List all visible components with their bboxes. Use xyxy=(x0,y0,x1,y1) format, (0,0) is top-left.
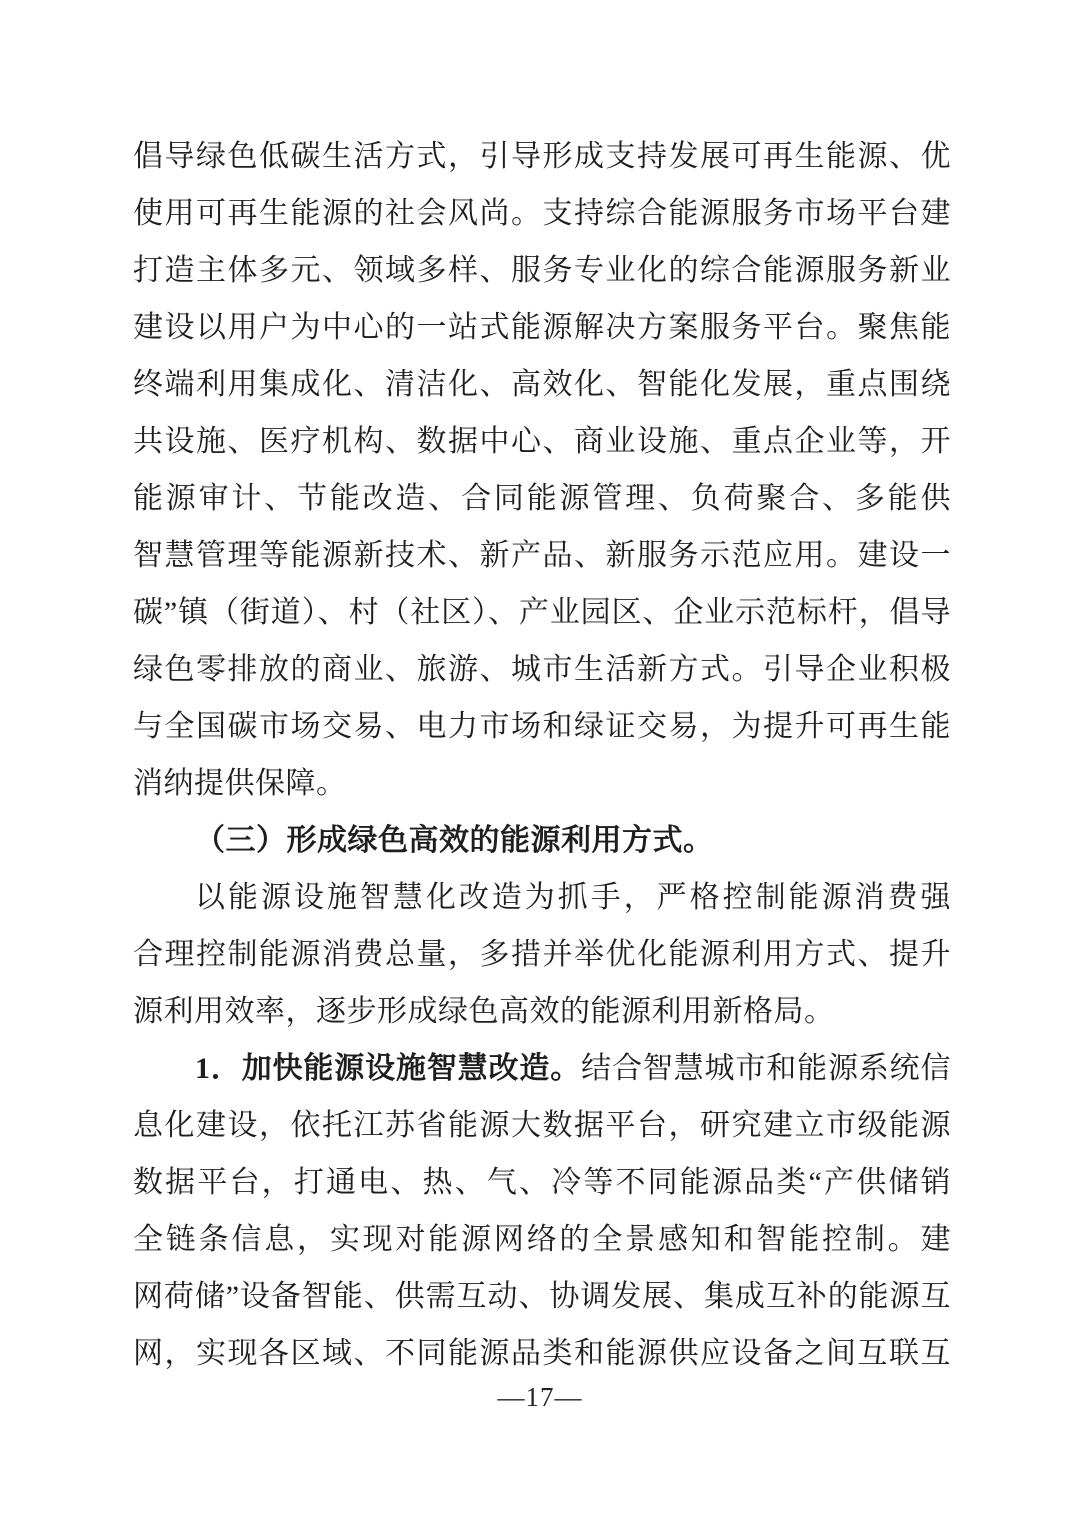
numbered-item-line: 1．加快能源设施智慧改造。结合智慧城市和能源系统信 xyxy=(133,1040,951,1097)
text-line: 智慧管理等能源新技术、新产品、新服务示范应用。建设一批“零 xyxy=(133,527,951,584)
text-line: 网荷储”设备智能、供需互动、协调发展、集成互补的能源互联 xyxy=(133,1268,951,1325)
text-line: 能源审计、节能改造、合同能源管理、负荷聚合、多能供应、 xyxy=(133,470,951,527)
numbered-item-text: 结合智慧城市和能源系统信 xyxy=(581,1052,951,1085)
document-text-block: 倡导绿色低碳生活方式，引导形成支持发展可再生能源、优先 使用可再生能源的社会风尚… xyxy=(133,128,951,1382)
numbered-item-title: 1．加快能源设施智慧改造。 xyxy=(195,1052,581,1085)
text-line: 数据平台，打通电、热、气、冷等不同能源品类“产供储销用” xyxy=(133,1154,951,1211)
text-line: 以能源设施智慧化改造为抓手，严格控制能源消费强度， xyxy=(133,869,951,926)
text-line: 合理控制能源消费总量，多措并举优化能源利用方式、提升能 xyxy=(133,926,951,983)
text-line: 倡导绿色低碳生活方式，引导形成支持发展可再生能源、优先 xyxy=(133,128,951,185)
section-heading: （三）形成绿色高效的能源利用方式。 xyxy=(133,812,951,869)
text-line: 建设以用户为中心的一站式能源解决方案服务平台。聚焦能源 xyxy=(133,299,951,356)
paragraph-last-line: 源利用效率，逐步形成绿色高效的能源利用新格局。 xyxy=(133,983,951,1040)
paragraph-last-line: 消纳提供保障。 xyxy=(133,755,951,812)
document-page: 倡导绿色低碳生活方式，引导形成支持发展可再生能源、优先 使用可再生能源的社会风尚… xyxy=(0,0,1080,1527)
text-line: 息化建设，依托江苏省能源大数据平台，研究建立市级能源大 xyxy=(133,1097,951,1154)
text-line: 终端利用集成化、清洁化、高效化、智能化发展，重点围绕公 xyxy=(133,356,951,413)
page-number: —17— xyxy=(0,1382,1080,1413)
text-line: 全链条信息，实现对能源网络的全景感知和智能控制。建设“源 xyxy=(133,1211,951,1268)
text-line: 使用可再生能源的社会风尚。支持综合能源服务市场平台建设， xyxy=(133,185,951,242)
text-line: 网，实现各区域、不同能源品类和能源供应设备之间互联互济、 xyxy=(133,1325,951,1382)
text-line: 绿色零排放的商业、旅游、城市生活新方式。引导企业积极参 xyxy=(133,641,951,698)
text-line: 与全国碳市场交易、电力市场和绿证交易，为提升可再生能源 xyxy=(133,698,951,755)
text-line: 碳”镇（街道）、村（社区）、产业园区、企业示范标杆，倡导 xyxy=(133,584,951,641)
text-line: 共设施、医疗机构、数据中心、商业设施、重点企业等，开展 xyxy=(133,413,951,470)
text-line: 打造主体多元、领域多样、服务专业化的综合能源服务新业态， xyxy=(133,242,951,299)
